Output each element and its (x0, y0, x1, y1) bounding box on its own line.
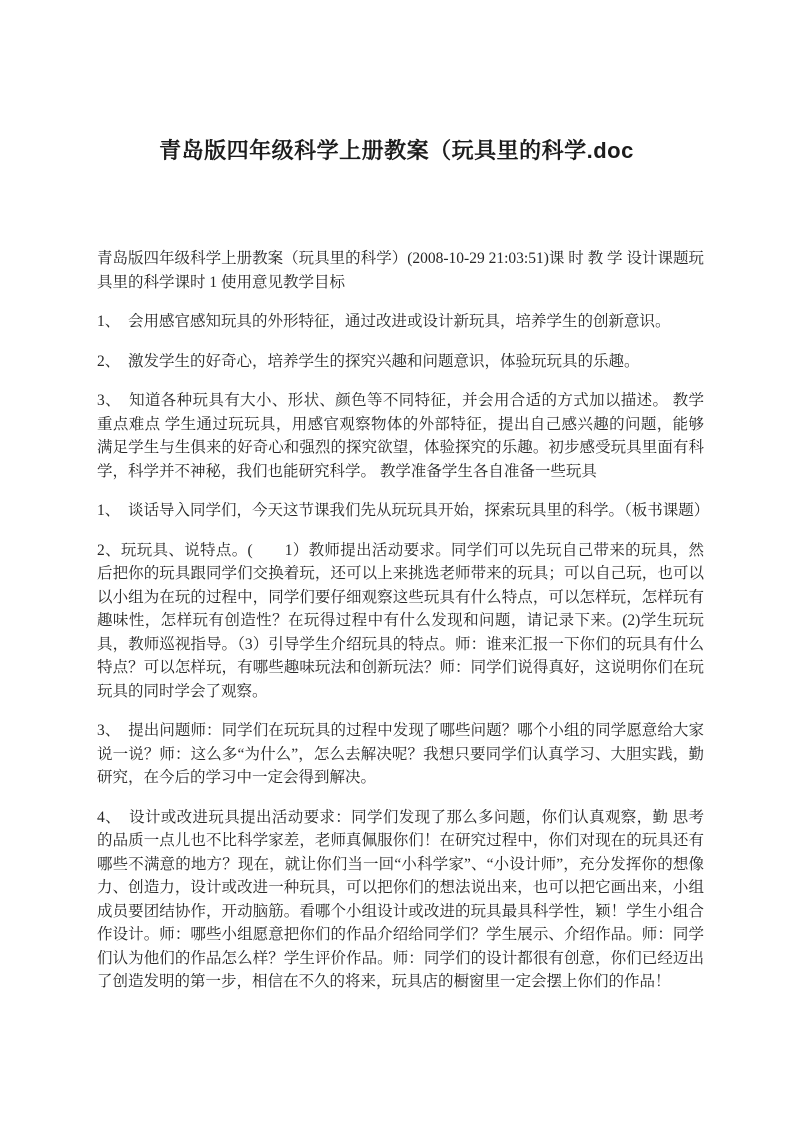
paragraph: 青岛版四年级科学上册教案（玩具里的科学）(2008-10-29 21:03:51… (97, 247, 704, 294)
paragraph: 4、 设计或改进玩具提出活动要求：同学们发现了那么多问题，你们认真观察，勤 思考… (97, 806, 704, 994)
paragraph: 1、 会用感官感知玩具的外形特征，通过改进或设计新玩具，培养学生的创新意识。 (97, 310, 704, 334)
paragraph: 2、玩玩具、说特点。( 1）教师提出活动要求。同学们可以先玩自己带来的玩具，然后… (97, 539, 704, 704)
paragraph: 3、 知道各种玩具有大小、形状、颜色等不同特征，并会用合适的方式加以描述。 教学… (97, 389, 704, 483)
document-body: 青岛版四年级科学上册教案（玩具里的科学）(2008-10-29 21:03:51… (97, 247, 704, 994)
paragraph: 3、 提出问题师：同学们在玩玩具的过程中发现了哪些问题？哪个小组的同学愿意给大家… (97, 719, 704, 790)
document-title: 青岛版四年级科学上册教案（玩具里的科学.doc (0, 0, 793, 165)
paragraph: 2、 激发学生的好奇心，培养学生的探究兴趣和问题意识，体验玩玩具的乐趣。 (97, 350, 704, 374)
paragraph: 1、 谈话导入同学们，今天这节课我们先从玩玩具开始，探索玩具里的科学。（板书课题… (97, 499, 704, 523)
document-page: 青岛版四年级科学上册教案（玩具里的科学.doc 青岛版四年级科学上册教案（玩具里… (0, 0, 793, 1122)
